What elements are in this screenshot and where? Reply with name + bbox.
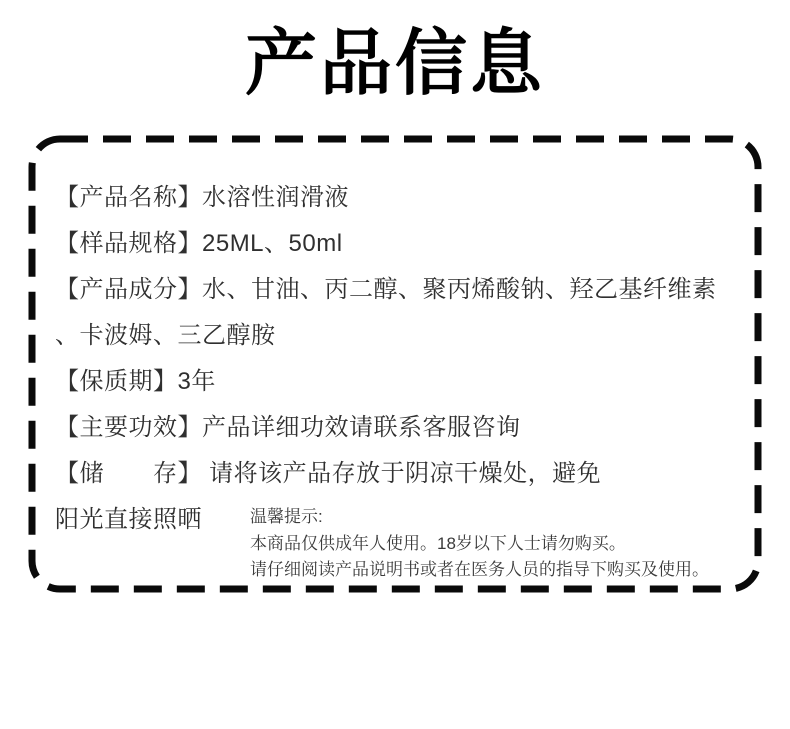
storage-line-1: 【储 存】 请将该产品存放于阴凉干燥处，避免 bbox=[55, 451, 745, 497]
tips-line-read-manual: 请仔细阅读产品说明书或者在医务人员的指导下购买及使用。 bbox=[250, 557, 709, 584]
tips-block: 温馨提示: 本商品仅供成年人使用。18岁以下人士请勿购买。 请仔细阅读产品说明书… bbox=[250, 504, 709, 584]
ingredients-line-1: 【产品成分】水、甘油、丙二醇、聚丙烯酸钠、羟乙基纤维素 bbox=[55, 267, 745, 313]
tips-line-adults-only: 本商品仅供成年人使用。18岁以下人士请勿购买。 bbox=[250, 531, 709, 558]
main-effects-line: 【主要功效】产品详细功效请联系客服咨询 bbox=[55, 405, 745, 451]
page-title: 产品信息 bbox=[0, 16, 790, 112]
shelf-life-line: 【保质期】3年 bbox=[55, 359, 745, 405]
spec-line: 【样品规格】25ML、50ml bbox=[55, 221, 745, 267]
tips-heading: 温馨提示: bbox=[250, 504, 709, 531]
storage-and-tips-row: 阳光直接照晒 温馨提示: 本商品仅供成年人使用。18岁以下人士请勿购买。 请仔细… bbox=[55, 497, 745, 584]
ingredients-line-2: 、卡波姆、三乙醇胺 bbox=[55, 313, 745, 359]
info-panel: 【产品名称】水溶性润滑液 【样品规格】25ML、50ml 【产品成分】水、甘油、… bbox=[28, 135, 762, 593]
product-info-page: { "title": "产品信息", "colors": { "title": … bbox=[0, 0, 790, 729]
product-name-line: 【产品名称】水溶性润滑液 bbox=[55, 175, 745, 221]
panel-content: 【产品名称】水溶性润滑液 【样品规格】25ML、50ml 【产品成分】水、甘油、… bbox=[55, 175, 745, 584]
storage-line-2: 阳光直接照晒 bbox=[55, 497, 202, 543]
